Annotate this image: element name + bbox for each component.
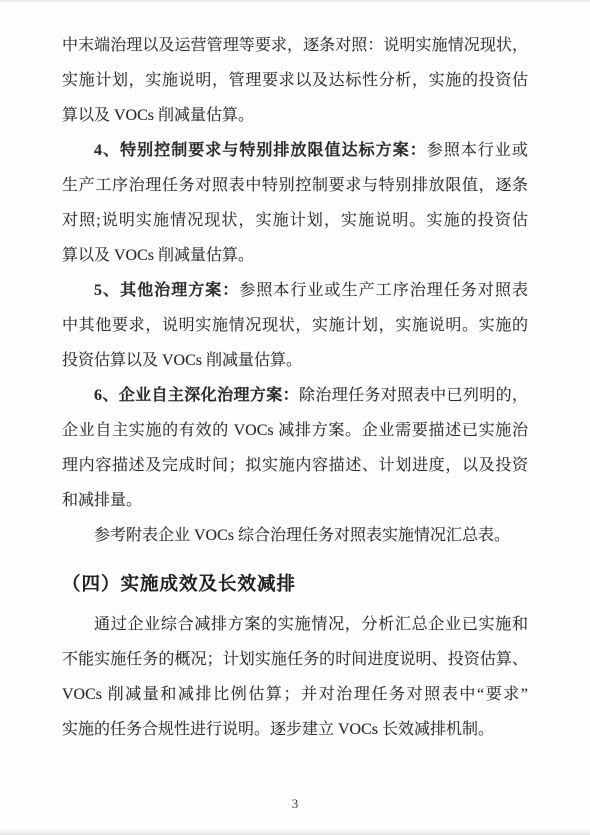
bold-text-segment: 6、企业自主深化治理方案：	[94, 387, 299, 404]
text-line: VOCs 削减量和减排比例估算；并对治理任务对照表中“要求”	[62, 677, 528, 712]
text-segment: 不能实施任务的概况；计划实施任务的时间进度说明、投资估算、	[62, 651, 528, 668]
text-segment: 中其他要求，说明实施情况现状，实施计划，实施说明。实施的	[62, 317, 528, 334]
text-segment: 算以及 VOCs 削减量估算。	[62, 107, 254, 124]
text-segment: 和减排量。	[62, 492, 142, 509]
text-segment: 参照本行业或	[427, 142, 528, 159]
text-segment: 理内容描述及完成时间；拟实施内容描述、计划进度，以及投资	[62, 457, 528, 474]
text-line: 理内容描述及完成时间；拟实施内容描述、计划进度，以及投资	[62, 448, 528, 483]
text-line: 中末端治理以及运营管理等要求，逐条对照：说明实施情况现状，	[62, 28, 528, 63]
text-segment: 通过企业综合减排方案的实施情况，分析汇总企业已实施和	[94, 616, 528, 633]
paragraph: 5、其他治理方案：参照本行业或生产工序治理任务对照表中其他要求，说明实施情况现状…	[62, 273, 528, 378]
text-line: 投资估算以及 VOCs 削减量估算。	[62, 343, 528, 378]
text-segment: VOCs 削减量和减排比例估算；并对治理任务对照表中“要求”	[62, 686, 528, 703]
text-line: 实施的任务合规性进行说明。逐步建立 VOCs 长效减排机制。	[62, 712, 528, 747]
bold-text-segment: 4、特别控制要求与特别排放限值达标方案：	[94, 142, 427, 159]
text-segment: 参照本行业或生产工序治理任务对照表	[239, 282, 528, 299]
text-line: 不能实施任务的概况；计划实施任务的时间进度说明、投资估算、	[62, 642, 528, 677]
text-line: 5、其他治理方案：参照本行业或生产工序治理任务对照表	[62, 273, 528, 308]
text-line: 6、企业自主深化治理方案：除治理任务对照表中已列明的，	[62, 378, 528, 413]
document-content: 中末端治理以及运营管理等要求，逐条对照：说明实施情况现状，实施计划，实施说明，管…	[62, 28, 528, 747]
text-segment: 参考附表企业 VOCs 综合治理任务对照表实施情况汇总表。	[94, 527, 510, 544]
page-number: 3	[0, 796, 590, 812]
text-segment: 投资估算以及 VOCs 削减量估算。	[62, 352, 302, 369]
text-segment: 生产工序治理任务对照表中特别控制要求与特别排放限值，逐条	[62, 177, 528, 194]
text-segment: 企业自主实施的有效的 VOCs 减排方案。企业需要描述已实施治	[62, 422, 528, 439]
text-segment: 对照;说明实施情况现状，实施计划，实施说明。实施的投资估	[62, 212, 528, 229]
text-line: 和减排量。	[62, 483, 528, 518]
text-line: 算以及 VOCs 削减量估算。	[62, 98, 528, 133]
bold-text-segment: 5、其他治理方案：	[94, 282, 239, 299]
text-line: 生产工序治理任务对照表中特别控制要求与特别排放限值，逐条	[62, 168, 528, 203]
text-line: 算以及 VOCs 削减量估算。	[62, 238, 528, 273]
text-segment: 除治理任务对照表中已列明的，	[299, 387, 528, 404]
text-line: 参考附表企业 VOCs 综合治理任务对照表实施情况汇总表。	[62, 518, 528, 553]
text-line: 4、特别控制要求与特别排放限值达标方案：参照本行业或	[62, 133, 528, 168]
text-segment: 实施的任务合规性进行说明。逐步建立 VOCs 长效减排机制。	[62, 721, 494, 738]
paragraph: 6、企业自主深化治理方案：除治理任务对照表中已列明的，企业自主实施的有效的 VO…	[62, 378, 528, 518]
paragraph: 中末端治理以及运营管理等要求，逐条对照：说明实施情况现状，实施计划，实施说明，管…	[62, 28, 528, 133]
text-line: 实施计划，实施说明，管理要求以及达标性分析，实施的投资估	[62, 63, 528, 98]
text-line: 对照;说明实施情况现状，实施计划，实施说明。实施的投资估	[62, 203, 528, 238]
section-heading: （四）实施成效及长效减排	[62, 566, 528, 601]
text-segment: 算以及 VOCs 削减量估算。	[62, 247, 254, 264]
text-segment: 实施计划，实施说明，管理要求以及达标性分析，实施的投资估	[62, 72, 528, 89]
text-line: 中其他要求，说明实施情况现状，实施计划，实施说明。实施的	[62, 308, 528, 343]
document-page: 中末端治理以及运营管理等要求，逐条对照：说明实施情况现状，实施计划，实施说明，管…	[0, 0, 590, 835]
paragraph: 通过企业综合减排方案的实施情况，分析汇总企业已实施和不能实施任务的概况；计划实施…	[62, 607, 528, 747]
paragraph: 4、特别控制要求与特别排放限值达标方案：参照本行业或生产工序治理任务对照表中特别…	[62, 133, 528, 273]
paragraph: 参考附表企业 VOCs 综合治理任务对照表实施情况汇总表。	[62, 518, 528, 553]
text-segment: 中末端治理以及运营管理等要求，逐条对照：说明实施情况现状，	[62, 37, 528, 54]
text-line: 企业自主实施的有效的 VOCs 减排方案。企业需要描述已实施治	[62, 413, 528, 448]
text-line: 通过企业综合减排方案的实施情况，分析汇总企业已实施和	[62, 607, 528, 642]
